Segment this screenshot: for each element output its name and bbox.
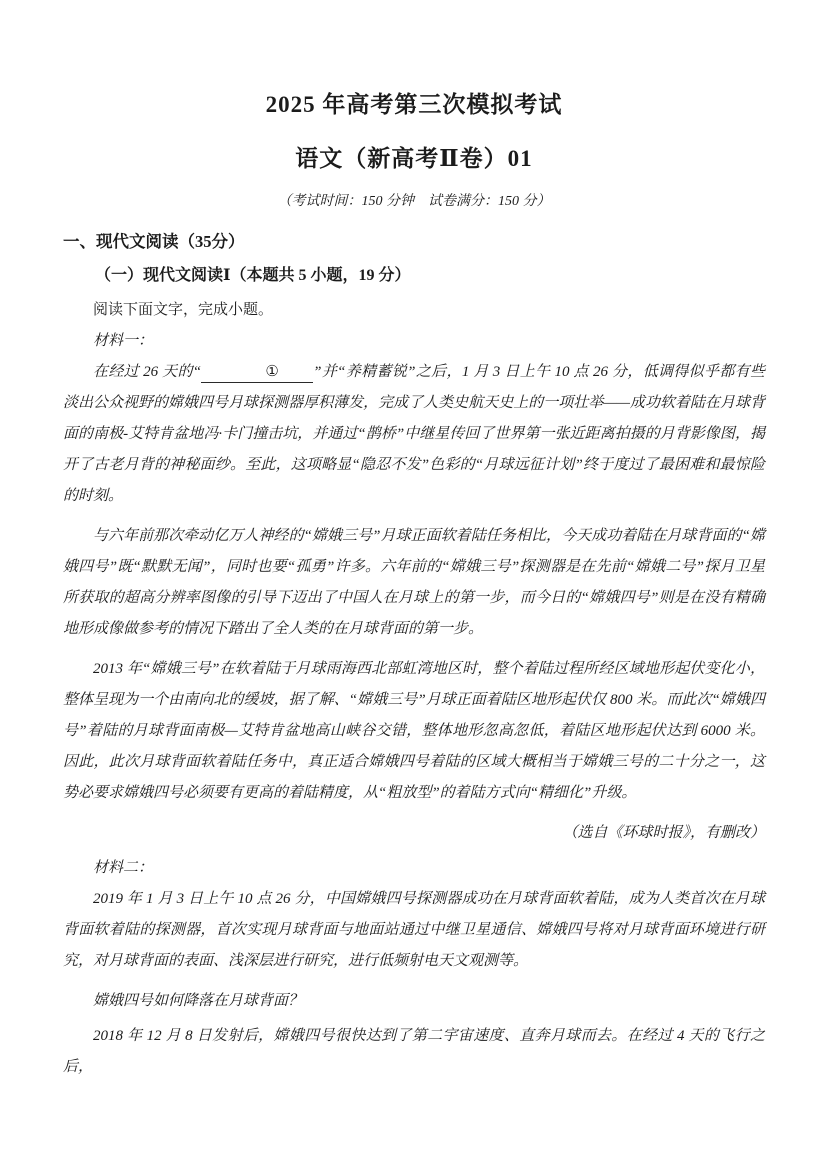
material-2-question-line: 嫦娥四号如何降落在月球背面？ <box>63 986 765 1017</box>
material-1-paragraph-1: 在经过 26 天的“①”并“养精蓄锐”之后，1 月 3 日上午 10 点 26 … <box>63 357 765 512</box>
cloze-blank-1: ① <box>201 362 313 383</box>
material-1-label: 材料一： <box>63 326 765 357</box>
material-2-paragraph-1: 2019 年 1 月 3 日上午 10 点 26 分，中国嫦娥四号探测器成功在月… <box>63 884 765 977</box>
exam-title-line1: 2025 年高考第三次模拟考试 <box>63 90 765 120</box>
paragraph-text-before-blank: 在经过 26 天的“ <box>93 364 201 380</box>
material-2-label: 材料二： <box>63 853 765 884</box>
section-heading-modern-reading: 一、现代文阅读（35分） <box>63 228 765 255</box>
paragraph-text-after-blank: ”并“养精蓄锐”之后，1 月 3 日上午 10 点 26 分，低调得似乎都有些淡… <box>63 364 765 504</box>
material-2-paragraph-2: 2018 年 12 月 8 日发射后，嫦娥四号很快达到了第二宇宙速度、直奔月球而… <box>63 1021 765 1083</box>
document-page: 2025 年高考第三次模拟考试 语文（新高考Ⅱ卷）01 （考试时间：150 分钟… <box>0 0 827 1169</box>
exam-info-line: （考试时间：150 分钟 试卷满分：150 分） <box>63 193 765 211</box>
material-1-source-citation: （选自《环球时报》，有删改） <box>63 818 765 849</box>
reading-instruction: 阅读下面文字，完成小题。 <box>63 295 765 326</box>
exam-title-line2: 语文（新高考Ⅱ卷）01 <box>63 144 765 174</box>
material-1-paragraph-3: 2013 年“嫦娥三号”在软着陆于月球雨海西北部虹湾地区时，整个着陆过程所经区域… <box>63 654 765 809</box>
subsection-heading-reading-1: （一）现代文阅读Ⅰ（本题共 5 小题，19 分） <box>63 261 765 291</box>
material-1-paragraph-2: 与六年前那次牵动亿万人神经的“嫦娥三号”月球正面软着陆任务相比，今天成功着陆在月… <box>63 521 765 645</box>
